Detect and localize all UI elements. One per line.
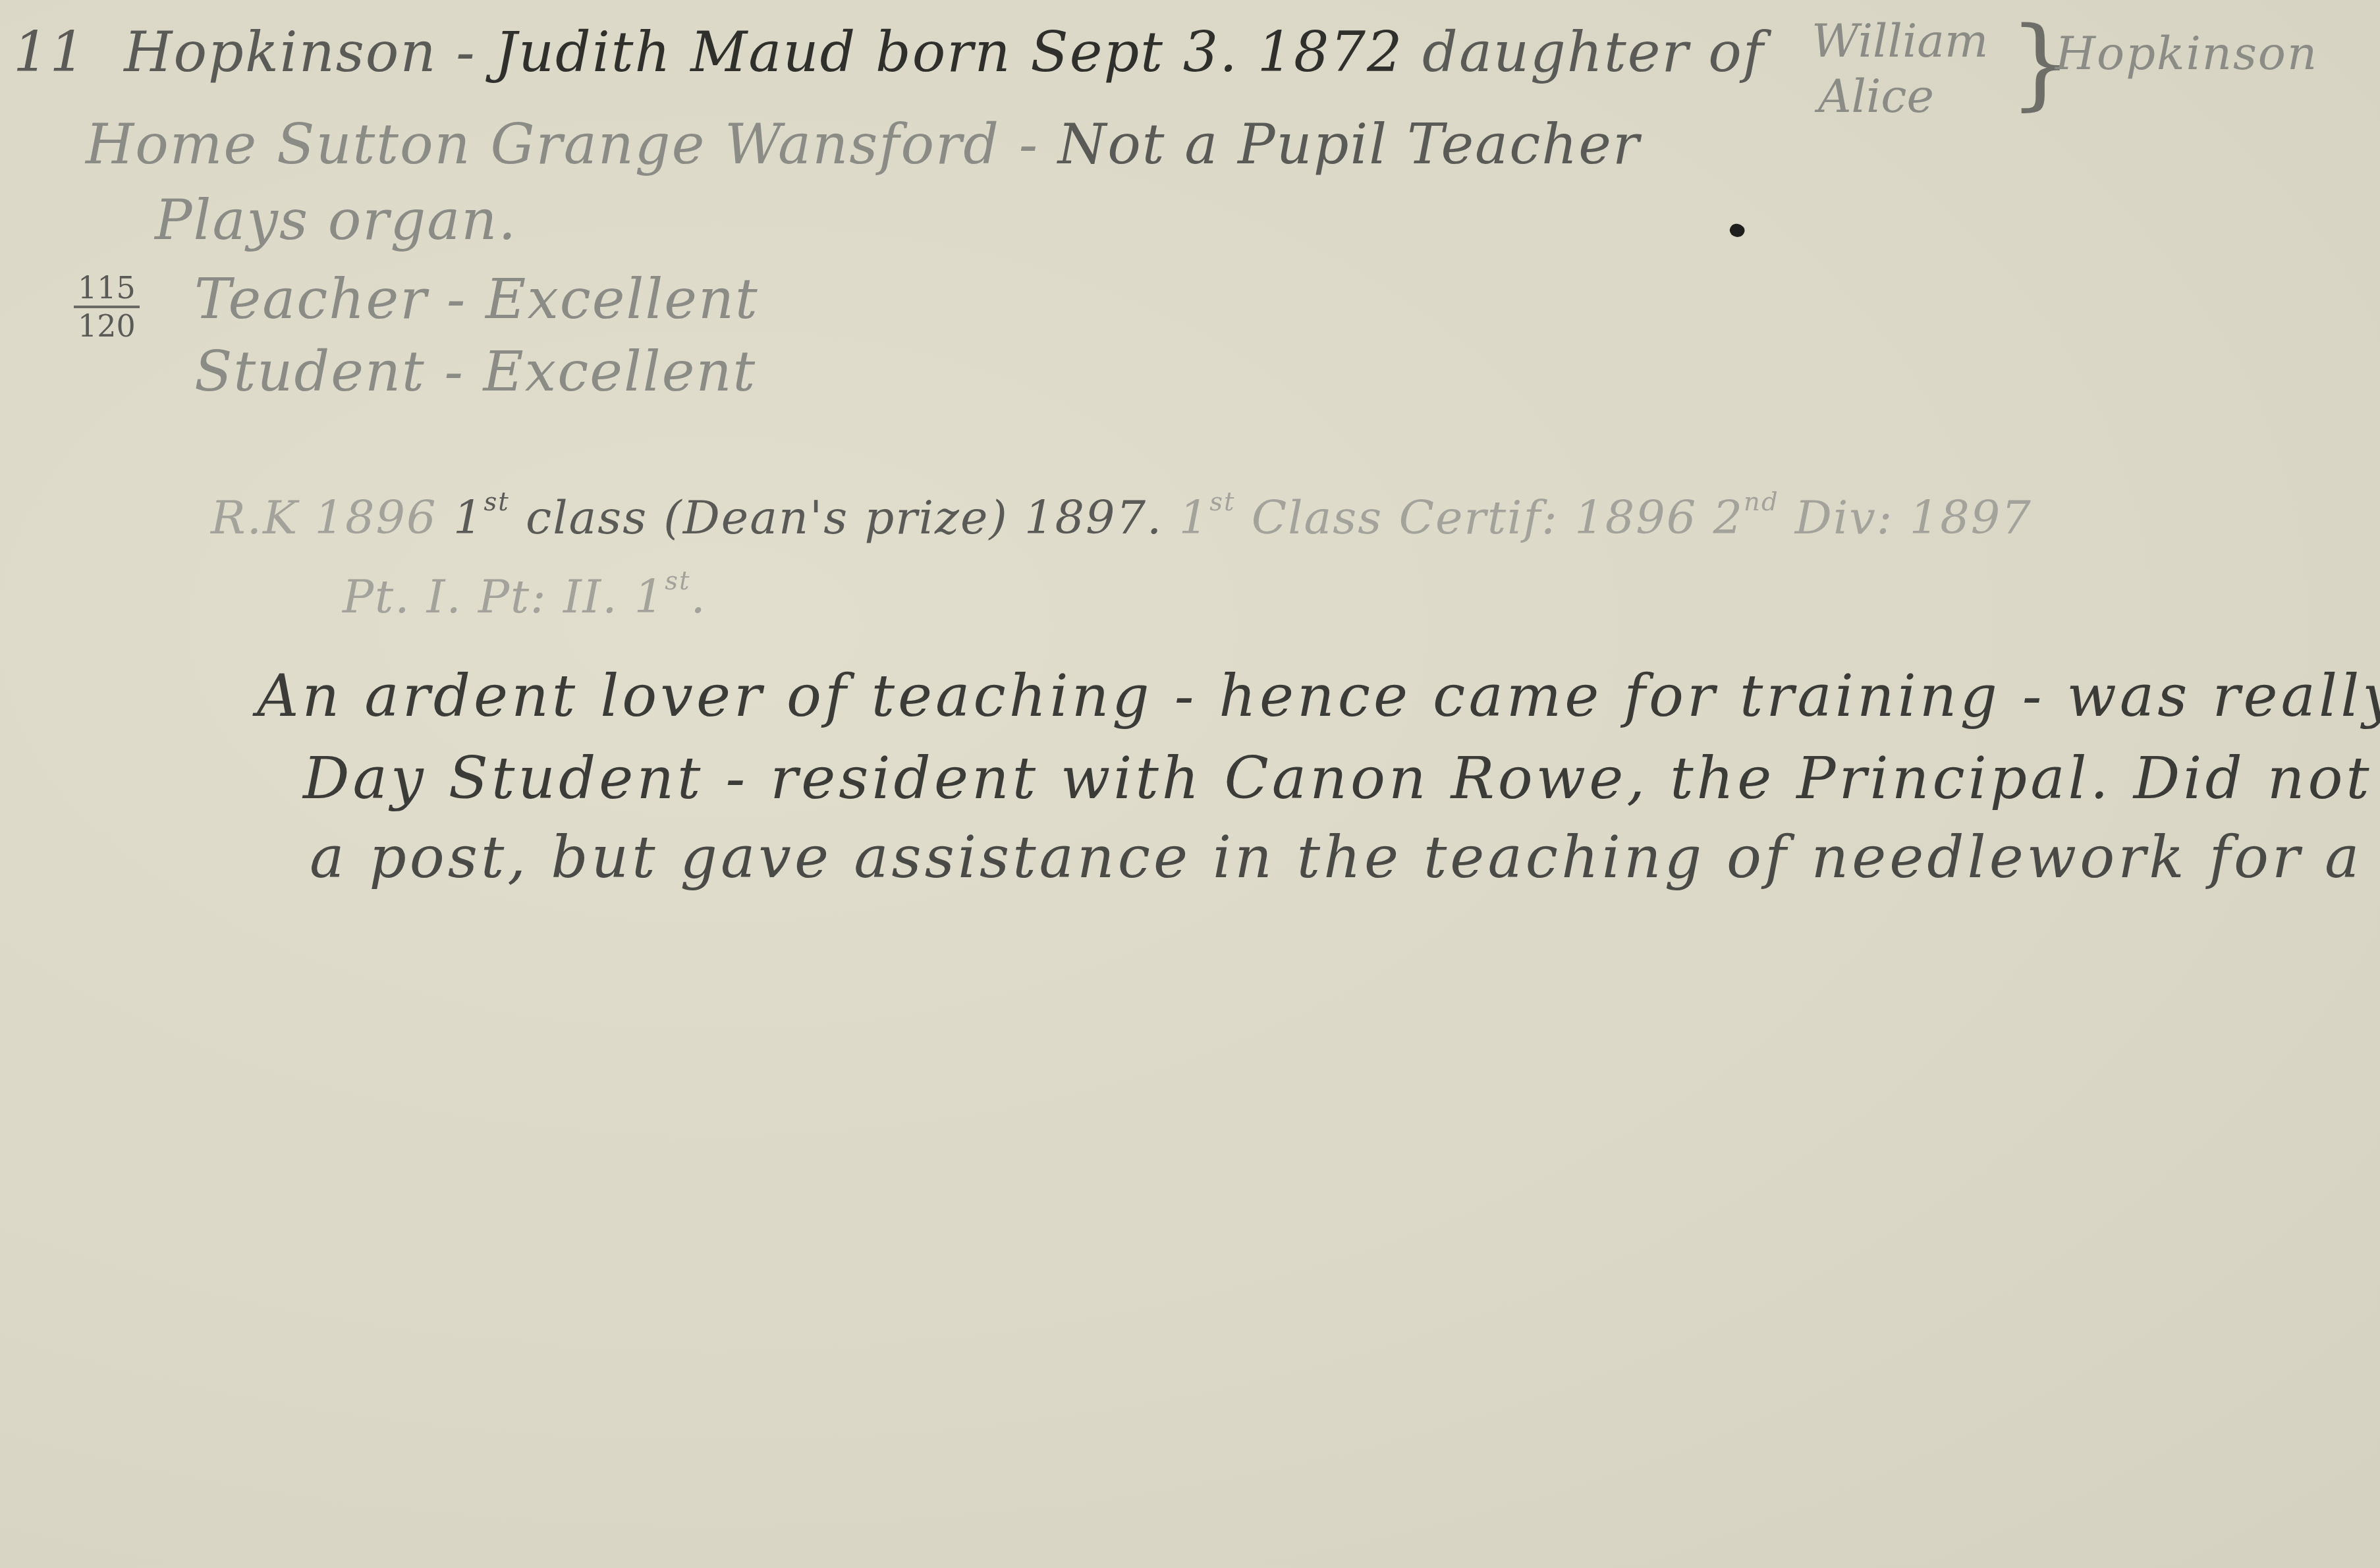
ink-blot bbox=[1727, 221, 1746, 240]
home-line: Home Sutton Grange Wansford - Not a Pupi… bbox=[86, 112, 1640, 176]
narrative-line-3: a post, but gave assistance in the teach… bbox=[310, 823, 2380, 891]
entry-surname: Hopkinson bbox=[124, 20, 437, 84]
entry-header: 11 Hopkinson - Judith Maud born Sept 3. … bbox=[13, 20, 1765, 84]
parents-surname: Hopkinson bbox=[2055, 26, 2318, 80]
class-result-1: 1st class (Dean's prize) 1897. bbox=[453, 491, 1163, 545]
rating-student: Student - Excellent bbox=[194, 339, 756, 404]
mother-name: Alice bbox=[1812, 68, 1988, 124]
born-label: born bbox=[875, 20, 1012, 84]
rating-separator: - bbox=[444, 339, 464, 404]
marks-denominator: 120 bbox=[74, 308, 140, 344]
register-page: 11 Hopkinson - Judith Maud born Sept 3. … bbox=[0, 0, 2380, 1568]
narrative-line-2: Day Student - resident with Canon Rowe, … bbox=[303, 744, 2380, 812]
marks-numerator: 115 bbox=[74, 270, 140, 308]
home-address: Home Sutton Grange Wansford bbox=[86, 112, 1000, 176]
father-name: William bbox=[1812, 13, 1988, 68]
class-result-2: 1st Class Certif: 1896 bbox=[1179, 491, 1713, 545]
rating-separator: - bbox=[447, 267, 466, 331]
marks-fraction: 115 120 bbox=[74, 270, 140, 344]
results-line-2: Pt. I. Pt: II. 1st. bbox=[343, 566, 707, 624]
division-result: 2nd Div: 1897 bbox=[1713, 491, 2032, 545]
birth-date: Sept 3. 1872 bbox=[1030, 20, 1403, 84]
rating-label: Student bbox=[194, 339, 426, 404]
narrative-line-1: An ardent lover of teaching - hence came… bbox=[257, 662, 2380, 730]
plays-organ-note: Plays organ. bbox=[155, 188, 517, 252]
entry-separator: - bbox=[456, 20, 476, 84]
rating-value: Excellent bbox=[485, 267, 759, 331]
results-line-1: R.K 1896 1st class (Dean's prize) 1897. … bbox=[211, 487, 2032, 545]
rk-result: R.K 1896 bbox=[211, 491, 453, 545]
daughter-of-label: daughter of bbox=[1422, 20, 1765, 84]
rating-value: Excellent bbox=[484, 339, 757, 404]
pupil-teacher-note: Not a Pupil Teacher bbox=[1058, 112, 1640, 176]
rating-teacher: Teacher - Excellent bbox=[194, 267, 759, 331]
home-dash: - bbox=[1019, 112, 1039, 176]
entry-number: 11 bbox=[13, 20, 86, 84]
rating-label: Teacher bbox=[194, 267, 428, 331]
parents-names: William Alice bbox=[1812, 13, 1988, 124]
entry-given-names: Judith Maud bbox=[495, 20, 856, 84]
